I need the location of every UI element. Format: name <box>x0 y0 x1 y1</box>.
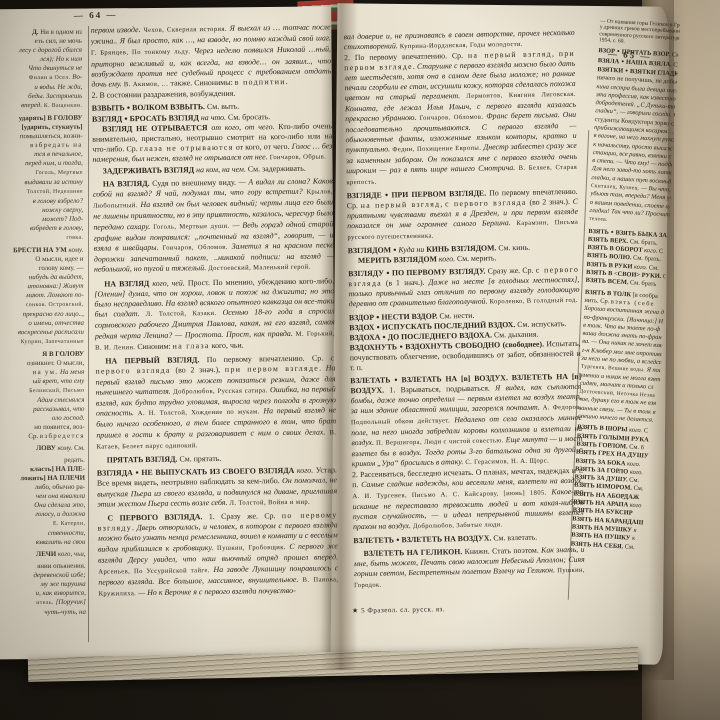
text-run: Достоевский, Маленький герой. <box>206 264 311 272</box>
text-run: ЛЕЧИ <box>36 551 56 558</box>
text-run: Л. Толстой, Казаки. <box>140 310 217 318</box>
text-run: говка. <box>66 235 83 241</box>
text-run: О мысли, идее и <box>35 256 83 263</box>
text-run: НА ВЗГЛЯД <box>104 279 149 289</box>
text-run: ВЗДОХА <box>349 333 380 343</box>
text-run: См. дыхания. <box>492 330 538 340</box>
text-run: на что. <box>199 112 226 121</box>
text-run: первом изводе. <box>91 25 141 35</box>
text-run: перед ним, и тогда, <box>25 160 83 167</box>
text-run: беды. Застрянешь <box>28 93 82 100</box>
page64-main-column: первом изводе. Чехов, Скверная история. … <box>91 22 340 655</box>
text-run: Чехов, Скверная история. <box>141 26 227 34</box>
dictionary-paragraph: ВЗГЛЯД НЕ ОТРЫВАЕТСЯ от кого, от чего. К… <box>92 121 333 166</box>
text-run: ВЗДОР <box>349 313 374 322</box>
text-run: МЕРИТЬ ВЗГЛЯДОМ <box>358 255 437 266</box>
text-run: ВЗЛЕТЕТЬ <box>353 535 394 545</box>
text-run: кого, чьи. <box>210 340 244 349</box>
entry-bullet-icon: ● <box>133 470 142 476</box>
text-run: Филин и Осел. <box>29 75 73 81</box>
text-run: на первый взгляд <box>361 199 441 210</box>
dictionary-paragraph: Толстой, Неделание <box>0 187 83 198</box>
text-run: ВЗЛЕТЕТЬ НА ГЕЛИКОН. <box>363 547 462 558</box>
text-run: ножку сверху, <box>42 207 83 214</box>
text-run: ложить] НА ПЛЕЧИ <box>20 475 85 482</box>
text-run: на первый взгляд <box>468 49 552 60</box>
text-run: еть сил, не мочь <box>35 38 82 45</box>
page-64-number: — 64 — <box>74 10 118 21</box>
text-run: Федин, Похищение Европы. <box>390 145 481 154</box>
text-run: С. Герасимов, Н. А. Щорс. <box>463 457 549 466</box>
text-run: атоновна:] Живут <box>28 283 84 290</box>
text-run: в голову взбрело? <box>33 198 83 205</box>
dictionary-paragraph: 2. В состоянии раздражения, возбуждения. <box>92 88 332 102</box>
text-run: Что двинуться не <box>28 65 82 72</box>
entry-bullet-icon: ● <box>397 344 405 350</box>
text-run: См. мерить. <box>455 253 497 263</box>
text-run: на ком, на чем. <box>194 164 246 174</box>
text-run: при первом взгляде <box>225 364 319 374</box>
text-run: лесу с дорогой сбился <box>19 47 82 54</box>
text-run: помышляться, возни- <box>20 133 83 140</box>
text-run: оло господ. <box>52 415 85 422</box>
text-run: ВЗЯТЬ <box>588 227 609 235</box>
text-run: ВЗВЫТЬ <box>92 104 125 113</box>
text-run: ВЗЯТЬ ВСЕМ. <box>585 277 628 286</box>
text-run: На меня <box>58 369 84 376</box>
text-run: класть] НА ПЛЕ- <box>30 466 85 473</box>
entry-bullet-icon: ● <box>122 116 130 122</box>
text-run: чем она взвалила <box>36 493 85 500</box>
text-run: му же пирушка <box>40 581 85 588</box>
text-run: Гоголь, Мертвые <box>35 170 82 176</box>
text-run: См. <box>72 445 84 452</box>
text-run: См. брать. <box>631 255 661 264</box>
text-run: ПРЯТАТЬ ВЗГЛЯД. <box>107 454 178 464</box>
text-run: См. задерживать. <box>246 163 306 173</box>
text-run: ВЗДОХНУТЬ <box>350 342 398 352</box>
text-run: ВЗЛЕТАТЬ <box>350 375 390 385</box>
text-run: Пушкин, Гробовщик. <box>213 544 286 552</box>
text-run: взвалить на свои <box>36 539 86 546</box>
text-run: См. брать. <box>628 238 658 247</box>
dictionary-paragraph: НА ВЗГЛЯД. Судя по внешнему виду. — А ви… <box>93 176 334 276</box>
entry-bullet-icon: ● <box>382 192 392 198</box>
text-run: Добролюбов, Забитые люди. <box>411 521 503 530</box>
text-run: но появится, воз- <box>34 424 84 431</box>
dictionary-paragraph: говка. <box>0 233 83 244</box>
text-run: кого, чьи, <box>56 551 85 558</box>
text-run: кого. <box>437 254 455 263</box>
text-run: кого, чей. <box>149 278 185 287</box>
page64-left-column-clipped: Д. Ни в одном изеть сил, не мочьлесу с д… <box>0 28 86 649</box>
text-run: голосу, и должна <box>35 511 85 518</box>
text-run: ВЗГЛЯДЕ <box>347 191 382 201</box>
text-run: [ударить, стукнуть] <box>21 124 82 131</box>
dictionary-paragraph: ЛОВУ кому. См. <box>1 444 85 454</box>
text-run: взбредет в голову, <box>30 225 83 232</box>
text-run: Белинский, Письмо <box>29 388 84 394</box>
text-run: мают. Ломают по- <box>26 292 84 299</box>
text-run: НА ВЗГЛЯД. <box>103 179 150 189</box>
text-run: [в сообра <box>631 291 658 299</box>
text-run: Куда ни <box>398 245 426 255</box>
text-run: См. <box>627 477 639 485</box>
text-run: Она сделала это, <box>34 502 85 509</box>
text-run: итель. <box>36 600 55 606</box>
text-run: выдавали за истину <box>24 179 82 186</box>
dictionary-paragraph: Филин и Осел. Во- <box>0 73 82 84</box>
text-run: Гоголь, Мертвые души. <box>150 222 229 230</box>
text-run: вперед. <box>21 102 44 109</box>
text-run: С ПЕРВОГО ВЗГЛЯДА. <box>107 512 202 522</box>
entry-bullet-icon: ● <box>390 377 401 383</box>
text-run: [Поручик] <box>56 599 86 606</box>
text-run: Судя по внешнему виду. <box>150 177 239 187</box>
text-run: См. <box>623 543 635 551</box>
text-run: кого. <box>625 460 640 468</box>
text-run: . <box>286 77 288 86</box>
text-run: деревенской избе; <box>33 572 85 579</box>
text-run: кому. <box>67 247 84 254</box>
text-run: С <box>642 428 648 435</box>
text-run: Ср. <box>28 433 40 440</box>
text-run: НЕ ВЫПУСКАТЬ ИЗ СВОЕГО ВЗГЛЯДА <box>141 466 294 477</box>
text-run: (во 2 знач.), <box>171 365 225 375</box>
text-run: Я пос <box>645 367 662 375</box>
text-run: Гончаров, Обломов. <box>416 114 483 122</box>
text-run: кого. <box>642 247 657 255</box>
text-run: ВЗЯТКИ <box>597 66 623 74</box>
text-run: ПО ПЕРВОМУ ВЗГЛЯДУ. <box>392 267 486 278</box>
text-run: Гончаров, Обрыв. <box>268 154 327 162</box>
text-run: телеев. <box>589 216 608 223</box>
text-run: кого. <box>632 263 647 271</box>
text-run: кого. <box>627 427 642 435</box>
text-run: ственности, <box>48 530 86 537</box>
page64-column-divider <box>88 26 89 642</box>
text-run: также. Синонимы: <box>168 78 234 88</box>
text-run: В. Акимов, … <box>122 81 169 89</box>
text-run: См. брать <box>628 280 656 289</box>
text-run: 1. Сразу же. Ср. <box>202 511 282 521</box>
text-run: Е. Катерли, <box>53 521 85 527</box>
text-run: от кого, от чего. <box>234 142 292 152</box>
text-run: Ни в одном из <box>38 29 81 36</box>
text-run: к <box>630 535 635 542</box>
text-run: редать. <box>64 457 85 464</box>
text-run: См. <box>632 485 644 493</box>
text-run: Книжн. Стать поэтом. <box>462 546 541 557</box>
text-run: озникнет. О мысли, <box>27 360 84 367</box>
dictionary-paragraph: вперед. К. Ващенкин. <box>0 101 82 112</box>
text-run: о имени, отчества <box>28 320 84 327</box>
text-run: Добролюбов, Русская сатира. <box>171 387 268 395</box>
dictionary-paragraph: Гоголь, Мертвые <box>0 168 83 179</box>
text-run: на ум. <box>33 369 59 376</box>
text-run: ВЗГЛЯДА <box>97 468 133 478</box>
entry-bullet-icon: ● <box>391 247 399 253</box>
text-run: (во 2 знач.). <box>527 197 573 207</box>
text-run: См. прятать. <box>177 454 221 464</box>
text-run: тся в печальное, <box>34 151 83 158</box>
text-run: от кого, от чего. <box>208 122 275 132</box>
text-run: Прост. По мнению, убеждению кого-либо. <box>185 276 335 287</box>
text-run: ВЗГЛЯД <box>92 114 122 123</box>
text-run: чуть-чуть, на <box>44 609 86 616</box>
text-run: ВЗГЛЯДОМ <box>348 245 391 255</box>
text-run: нить. Ср. <box>584 297 611 305</box>
dictionary-paragraph: ПРЯТАТЬ ВЗГЛЯД. См. прятать. <box>97 452 337 466</box>
text-run: Лермонтов, Княгиня Лиговская. <box>460 91 576 100</box>
text-run: взбредется <box>40 433 85 440</box>
text-run: Толстой, Неделание <box>27 189 83 195</box>
text-run: С <box>657 248 663 255</box>
text-run: сонков. Островский, <box>26 302 84 308</box>
text-run: См. бросать. <box>226 112 270 122</box>
text-run: рассказывал, что <box>33 406 84 413</box>
text-run: См. выть. <box>205 102 239 111</box>
text-run: в подпитии <box>235 77 286 87</box>
dictionary-paragraph: Куприн, Запечатанные <box>0 337 84 348</box>
dictionary-paragraph: Ср. взбредется <box>1 432 85 442</box>
dictionary-paragraph: 2. Рассеиваться, бесследно исчезать. О п… <box>352 466 584 533</box>
text-run: либо, обычно ра- <box>35 484 85 491</box>
dictionary-paragraph: ВЗЛЕТАТЬ●ВЗЛЕТАТЬ НА [в] ВОЗДУХ. ВЗЛЕТЕТ… <box>350 372 583 470</box>
text-run: ВОЛКОМ ВЗВЫТЬ. <box>132 103 205 113</box>
text-run: По первому впечатлению. Ср. <box>199 353 330 364</box>
text-run: на глаза <box>173 341 210 351</box>
dictionary-paragraph: ВЗДОХНУТЬ●ВЗДОХНУТЬ СВОБОДНО (свободнее)… <box>350 339 582 373</box>
dictionary-paragraph: ВЗГЛЯДУ●ПО ПЕРВОМУ ВЗГЛЯДУ. Сразу же. Ср… <box>348 265 580 310</box>
dictionary-paragraph: чуть-чуть, на <box>2 608 86 618</box>
text-run: ВЗЛЕТЕТЬ НА ВОЗДУХ. <box>401 534 491 545</box>
text-run: кому. <box>56 445 73 452</box>
text-run: лся); Но к ним <box>40 56 82 63</box>
text-run: — Но к Верочке я с первого взгляда почув… <box>136 586 296 597</box>
text-run: и воды. Не жди, <box>34 84 82 91</box>
text-run: ВЗГЛЯД НЕ ОТРЫВАЕТСЯ <box>102 123 208 133</box>
text-run: См. нести. <box>437 311 474 321</box>
dictionary-paragraph: взвалить на свои <box>1 538 85 548</box>
text-run: Я В ГОЛОВУ <box>42 351 84 358</box>
text-run: кого <box>628 502 642 510</box>
text-run: ПРИ ПЕРВОМ ВЗГЛЯДЕ. <box>391 189 486 200</box>
text-run: Г. Брянцев, По тонкому льду. <box>91 49 190 57</box>
text-run: к <box>632 527 637 534</box>
dictionary-paragraph: Белинский, Письмо <box>0 386 84 397</box>
dictionary-paragraph: ВЗГЛЯДА●НЕ ВЫПУСКАТЬ ИЗ СВОЕГО ВЗГЛЯДА к… <box>97 465 338 510</box>
dictionary-paragraph: ЛЕЧИ кого, чьи, <box>1 550 85 560</box>
signature-line: ★ 5 Фразеол. сл. русск. яз. <box>352 605 445 615</box>
text-run: ударять] В ГОЛОВУ <box>19 115 83 122</box>
text-run: Куприна-Иорданская, Годы молодости. <box>398 41 523 50</box>
text-run: БРОСАТЬ ВЗГЛЯД <box>130 113 199 123</box>
text-run: НЕСТИ ВЗДОР. <box>381 312 437 322</box>
text-run: Короленко, В голодный год. <box>487 297 577 306</box>
text-run: Синоним: <box>135 341 172 351</box>
text-run: См. б <box>627 443 644 451</box>
text-run: голову кому. — <box>39 265 84 272</box>
dictionary-paragraph: ВЗГЛЯДЕ●ПРИ ПЕРВОМ ВЗГЛЯДЕ. По первому в… <box>347 187 579 243</box>
text-run: (в 1 знач.). <box>382 278 429 288</box>
text-run: К. Ващенкин. <box>44 103 83 109</box>
page65-left-column: вал доверие и, не признаваясь в своем ав… <box>344 28 586 604</box>
text-run: Куприн, Запечатанные <box>21 339 84 345</box>
text-run: нибудь да выйдет, <box>29 274 84 281</box>
dictionary-paragraph: 2. По первому впечатлению. Ср. на первый… <box>344 49 578 188</box>
dictionary-paragraph: Е. Катерли, <box>1 519 85 530</box>
text-run: См. испускать. <box>515 319 566 329</box>
dictionary-paragraph: ВЗЛЕТЕТЬ●ВЗЛЕТЕТЬ НА ВОЗДУХ. См. взлетат… <box>353 532 584 546</box>
text-run: См. <box>647 264 659 272</box>
text-run: ВЗДОХ <box>349 323 374 332</box>
text-run: БРЕСТИ НА УМ <box>13 247 67 254</box>
text-run: воскресенье расписали <box>18 329 84 336</box>
entry-bullet-icon: ● <box>374 325 382 331</box>
text-run: См. кинь. <box>496 243 530 253</box>
text-run: Гончаров, Обломов. <box>159 244 228 252</box>
text-run: с первого взгляда <box>445 198 527 209</box>
photo-of-open-dictionary: — 64 — — 65 — Д. Ни в одном изеть сил, н… <box>0 0 720 720</box>
text-run: Л. Толстой, Война и мир. <box>227 498 310 506</box>
dictionary-paragraph: НА ПЕРВЫЙ ВЗГЛЯД. По первому впечатлению… <box>95 353 336 452</box>
entry-bullet-icon: ● <box>384 270 392 276</box>
dictionary-paragraph: итель. [Поручик] <box>2 598 86 609</box>
text-run: ВЗЯТЬ НА СЕБЯ. <box>571 540 624 550</box>
dictionary-paragraph: первом изводе. Чехов, Скверная история. … <box>91 22 332 91</box>
text-run: КИНЬ ВЗГЛЯДОМ. <box>426 243 496 253</box>
text-run: 1954, с. 60. <box>599 37 625 44</box>
text-run: Адам стеснялся <box>37 397 84 404</box>
dictionary-paragraph: С ПЕРВОГО ВЗГЛЯДА. 1. Сразу же. Ср. по п… <box>97 510 338 600</box>
text-run: взбредать на <box>30 142 83 149</box>
text-run: кого. <box>294 466 313 475</box>
text-run: глаза не отрываются <box>140 143 234 153</box>
text-run: См. взлетать. <box>491 533 537 543</box>
text-run: Во- <box>72 74 82 81</box>
text-run: Арсеньев, По Уссурийской тайге. <box>98 567 210 576</box>
dictionary-paragraph: ВЗЛЕТЕТЬ НА ГЕЛИКОН. Книжн. Стать поэтом… <box>353 545 585 591</box>
text-run: А. Н. Толстой, Хождение по мукам. <box>134 408 260 417</box>
text-run: 2. В состоянии раздражения, возбуждения. <box>92 89 236 100</box>
text-run: ЛОВУ <box>36 445 56 452</box>
text-run: и, как взворится, <box>36 590 86 597</box>
text-run: Сразу же. Ср. <box>485 266 535 276</box>
text-run: ЗАДЕРЖИВАТЬ ВЗГЛЯД <box>103 165 195 175</box>
dictionary-paragraph: НА ВЗГЛЯД кого, чей. Прост. По мнению, у… <box>94 276 335 354</box>
text-run: ВЗГЛЯДУ <box>348 269 384 279</box>
text-run: может? Под- <box>42 216 83 223</box>
dictionary-paragraph: сонков. Островский, <box>0 300 84 311</box>
text-run: янии опьянения. <box>37 563 85 570</box>
text-run: прекрасно его лицо.., <box>23 311 84 318</box>
text-run: кого. <box>628 468 643 476</box>
dictionary-paragraph: ЗАДЕРЖИВАТЬ ВЗГЛЯД на ком, на чем. См. з… <box>93 163 333 177</box>
text-run: П. Вершигора, Люди с чистой совестью. <box>374 437 504 446</box>
text-run: НА ПЕРВЫЙ ВЗГЛЯД. <box>105 355 199 365</box>
text-run: ый врет, что ему <box>33 378 85 385</box>
